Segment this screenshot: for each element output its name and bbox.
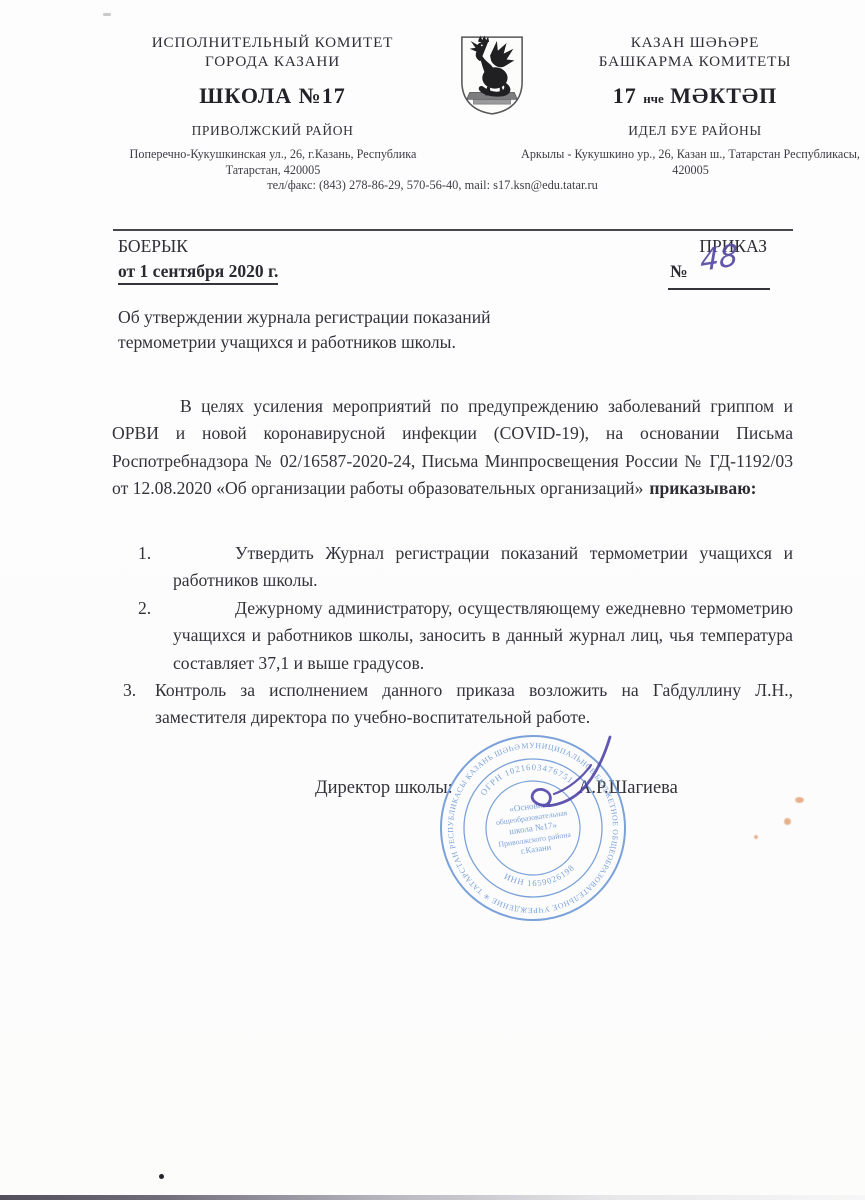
order-number-underline <box>668 288 770 290</box>
order-date: от 1 сентября 2020 г. <box>118 261 278 285</box>
scan-speck <box>784 818 791 825</box>
address-ru: Поперечно-Кукушкинская ул., 26, г.Казань… <box>88 147 458 178</box>
pen-signature <box>455 715 635 825</box>
committee-name-ru-line1: ИСПОЛНИТЕЛЬНЫЙ КОМИТЕТ <box>95 34 450 53</box>
signature-label: Директор школы: <box>315 778 453 799</box>
order-subject: Об утверждении журнала регистрации показ… <box>118 305 618 354</box>
address-ru-line2: Татарстан, 420005 <box>88 163 458 179</box>
school-word-tt: МӘКТӘП <box>670 83 777 108</box>
item-number: 3. <box>123 677 136 704</box>
kazan-coat-of-arms-icon <box>458 33 526 117</box>
scan-speck <box>754 835 758 839</box>
scan-bottom-edge <box>0 1195 865 1200</box>
committee-name-tt-line2: БАШКАРМА КОМИТЕТЫ <box>530 53 860 72</box>
committee-name-tt-line1: КАЗАН ШӘҺӘРЕ <box>530 34 860 53</box>
address-tt-line1: Аркылы - Кукушкино ур., 26, Казан ш., Та… <box>518 147 863 163</box>
header-right-org: КАЗАН ШӘҺӘРЕ БАШКАРМА КОМИТЕТЫ 17 нче МӘ… <box>530 34 860 139</box>
district-tt: ИДЕЛ БУЕ РАЙОНЫ <box>530 123 860 139</box>
subject-line1: Об утверждении журнала регистрации показ… <box>118 305 618 330</box>
scan-speck <box>795 797 804 803</box>
order-items-list: 1. Утвердить Журнал регистрации показани… <box>112 540 793 732</box>
address-tt-line2: 420005 <box>518 163 863 179</box>
order-number-sign: № <box>670 261 688 282</box>
list-item: 3. Контроль за исполнением данного прика… <box>112 677 793 732</box>
address-tt: Аркылы - Кукушкино ур., 26, Казан ш., Та… <box>518 147 863 178</box>
header-left-org: ИСПОЛНИТЕЛЬНЫЙ КОМИТЕТ ГОРОДА КАЗАНИ ШКО… <box>95 34 450 139</box>
order-label-tatar: БОЕРЫК <box>118 236 188 257</box>
scanned-order-page: ИСПОЛНИТЕЛЬНЫЙ КОМИТЕТ ГОРОДА КАЗАНИ ШКО… <box>0 0 865 1200</box>
decree-word: приказываю: <box>649 478 756 498</box>
list-item: 2. Дежурному администратору, осуществляю… <box>112 595 793 677</box>
scan-dot <box>159 1174 164 1179</box>
item-text: Дежурному администратору, осуществляющем… <box>173 598 793 673</box>
subject-line2: термометрии учащихся и работников школы. <box>118 330 618 355</box>
item-number: 2. <box>138 595 151 622</box>
committee-name-ru-line2: ГОРОДА КАЗАНИ <box>95 53 450 72</box>
school-title-ru: ШКОЛА №17 <box>95 83 450 109</box>
header-divider <box>113 229 793 231</box>
school-number-tt: 17 <box>613 83 637 108</box>
item-text: Утвердить Журнал регистрации показаний т… <box>173 543 793 590</box>
body-paragraph: В целях усиления мероприятий по предупре… <box>112 393 793 503</box>
item-number: 1. <box>138 540 151 567</box>
list-item: 1. Утвердить Журнал регистрации показани… <box>112 540 793 595</box>
school-nche-tt: нче <box>643 91 664 106</box>
scan-speck <box>103 13 111 16</box>
handwritten-order-number: 48 <box>700 238 738 279</box>
school-title-tt: 17 нче МӘКТӘП <box>530 83 860 109</box>
contact-line: тел/факс: (843) 278-86-29, 570-56-40, ma… <box>0 178 865 193</box>
address-ru-line1: Поперечно-Кукушкинская ул., 26, г.Казань… <box>88 147 458 163</box>
district-ru: ПРИВОЛЖСКИЙ РАЙОН <box>95 123 450 139</box>
